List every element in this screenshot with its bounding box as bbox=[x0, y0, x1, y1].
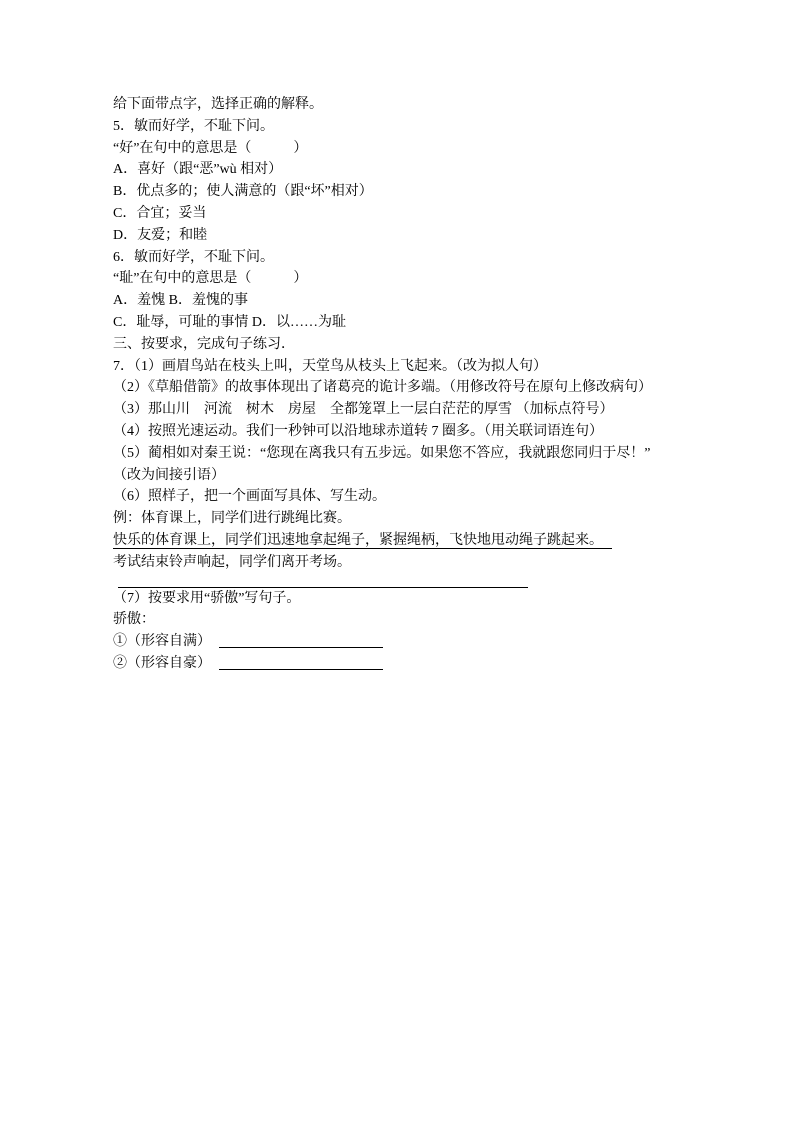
q5-option-c: C．合宜；妥当 bbox=[113, 203, 744, 225]
q7-item7-sub2-label: ②（形容自豪） bbox=[113, 656, 211, 671]
q7-item7-sub2: ②（形容自豪） bbox=[113, 653, 744, 675]
q7-item7-word: 骄傲： bbox=[113, 609, 744, 631]
q5-stem: 5．敏而好学，不耻下问。 bbox=[113, 116, 744, 138]
q7-item6-example-answer: 快乐的体育课上，同学们迅速地拿起绳子，紧握绳柄，飞快地甩动绳子跳起来。 bbox=[113, 530, 744, 552]
q7-item7: （7）按要求用“骄傲”写句子。 bbox=[113, 588, 744, 610]
q5-option-b: B．优点多的；使人满意的（跟“坏”相对） bbox=[113, 181, 744, 203]
underlined-example-answer: 快乐的体育课上，同学们迅速地拿起绳子，紧握绳柄，飞快地甩动绳子跳起来。 bbox=[113, 533, 612, 549]
q7-item3: （3）那山川 河流 树木 房屋 全都笼罩上一层白茫茫的厚雪 （加标点符号） bbox=[113, 399, 744, 421]
q7-item7-sub1: ①（形容自满） bbox=[113, 631, 744, 653]
answer-blank-1 bbox=[219, 647, 383, 648]
section-three-heading: 三、按要求，完成句子练习． bbox=[113, 334, 744, 356]
q7-item7-sub1-label: ①（形容自满） bbox=[113, 634, 211, 649]
q5-option-d: D．友爱；和睦 bbox=[113, 225, 744, 247]
q6-options-ab: A．羞愧 B．羞愧的事 bbox=[113, 290, 744, 312]
q7-item6-example: 例：体育课上，同学们进行跳绳比赛。 bbox=[113, 508, 744, 530]
q7-item5: （5）蔺相如对秦王说：“您现在离我只有五步远。如果您不答应，我就跟您同归于尽！” bbox=[113, 443, 744, 465]
q7-item6: （6）照样子，把一个画面写具体、写生动。 bbox=[113, 486, 744, 508]
q7-item2: （2）《草船借箭》的故事体现出了诸葛亮的诡计多端。（用修改符号在原句上修改病句） bbox=[113, 377, 744, 399]
exam-paper-content: 给下面带点字，选择正确的解释。 5．敏而好学，不耻下问。 “好”在句中的意思是（… bbox=[0, 0, 794, 675]
answer-blank-2 bbox=[219, 669, 383, 670]
q7-item1: 7．（1）画眉鸟站在枝头上叫，天堂鸟从枝头上飞起来。（改为拟人句） bbox=[113, 356, 744, 378]
q5-option-a: A．喜好（跟“恶”wù 相对） bbox=[113, 159, 744, 181]
q7-item6-exercise: 考试结束铃声响起，同学们离开考场。 bbox=[113, 552, 744, 574]
q5-prompt: “好”在句中的意思是（ ） bbox=[113, 138, 744, 160]
q7-item5-note: （改为间接引语） bbox=[113, 465, 744, 487]
q7-item4: （4）按照光速运动。我们一秒钟可以沿地球赤道转 7 圈多。（用关联词语连句） bbox=[113, 421, 744, 443]
word-explanation-intro: 给下面带点字，选择正确的解释。 bbox=[113, 94, 744, 116]
q6-prompt: “耻”在句中的意思是（ ） bbox=[113, 268, 744, 290]
document-page: 给下面带点字，选择正确的解释。 5．敏而好学，不耻下问。 “好”在句中的意思是（… bbox=[0, 0, 794, 1123]
q6-options-cd: C．耻辱，可耻的事情 D．以……为耻 bbox=[113, 312, 744, 334]
q6-stem: 6．敏而好学，不耻下问。 bbox=[113, 247, 744, 269]
